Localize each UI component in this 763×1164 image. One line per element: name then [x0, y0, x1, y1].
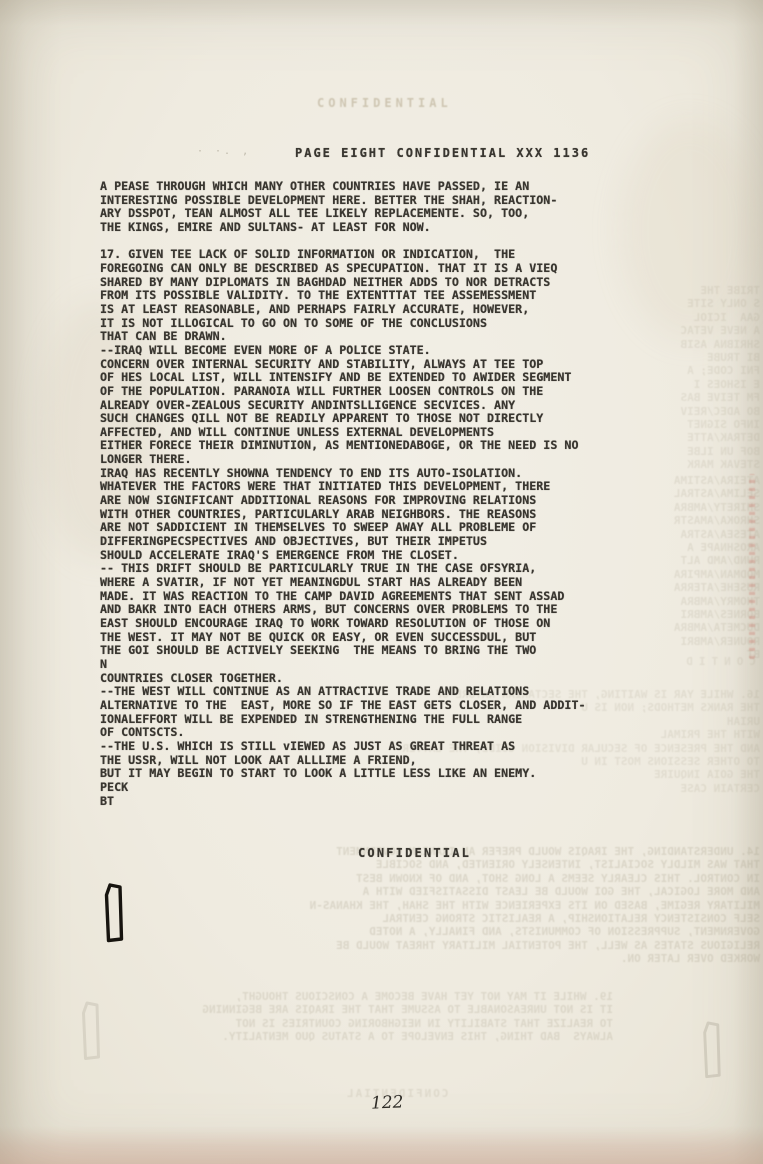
text-line: GOVERNMENT, SUPPRESSION OF COMMUNISTS, A…: [245, 925, 760, 938]
text-line: DETRAK/ATTE: [628, 431, 760, 444]
text-line: SELF CONSISTENCY RELATIONSHIP, A REALIST…: [245, 912, 760, 925]
text-line: --THE WEST WILL CONTINUE AS AN ATTRACTIV…: [100, 685, 640, 699]
text-line: A NEVE VETAC: [628, 324, 760, 337]
text-line: AFFECTED, AND WILL CONTINUE UNLESS EXTER…: [100, 426, 640, 440]
text-line: WHATEVER THE FACTORS WERE THAT INITIATED…: [100, 480, 640, 494]
text-line: IN CONTROL. THIS CLEARLY SEEMS A LONG SH…: [245, 872, 760, 885]
text-line: N: [100, 658, 640, 672]
text-line: THE KINGS, EMIRE AND SULTANS- AT LEAST F…: [100, 221, 640, 235]
text-line: AND MORE LOGICAL, THE GOI WOULD BE LEAST…: [245, 885, 760, 898]
text-line: THE WEST. IT MAY NOT BE QUICK OR EASY, O…: [100, 631, 640, 645]
text-line: GAA ICIOL: [628, 311, 760, 324]
footer-classification: CONFIDENTIAL: [358, 846, 471, 860]
text-line: ARE NOW SIGNIFICANT ADDITIONAL REASONS F…: [100, 494, 640, 508]
text-line: ALWAYS BAD THING, THIS ENVELOPE TO A STA…: [88, 1030, 613, 1043]
confidential-stamp-faint-top: CONFIDENTIAL: [317, 96, 452, 110]
text-line: FM TEIVE BAS: [628, 391, 760, 404]
text-line: OF HES LOCAL LIST, WILL INTENSIFY AND BE…: [100, 371, 640, 385]
bleed-through-block-e: 19. WHILE IT MAY NOT YET HAVE BECOME A C…: [88, 990, 613, 1044]
text-line: BOF UN ILBE: [628, 445, 760, 458]
text-line: INFO SIGNET: [628, 418, 760, 431]
text-line: CONCERN OVER INTERNAL SECURITY AND STABI…: [100, 358, 640, 372]
text-line: TO REALIZE THAT STABILITY IN NEIGHBORING…: [88, 1017, 613, 1030]
text-line: -- THIS DRIFT SHOULD BE PARTICULARLY TRU…: [100, 562, 640, 576]
text-line: FNI CODE; A: [628, 364, 760, 377]
text-line: BUT IT MAY BEGIN TO START TO LOOK A LITT…: [100, 767, 640, 781]
text-line: ALTERNATIVE TO THE EAST, MORE SO IF THE …: [100, 699, 640, 713]
text-line: 14. UNDERSTANDING, THE IRAQIS WOULD PREF…: [245, 845, 760, 858]
text-line: E ISHOES I: [628, 378, 760, 391]
scanned-document-page: CONFIDENTIAL · ·. , PAGE EIGHT CONFIDENT…: [0, 0, 763, 1164]
text-line: THE USSR, WILL NOT LOOK AAT ALLLIME A FR…: [100, 754, 640, 768]
text-line: EITHER FORECE THEIR DIMINUTION, AS MENTI…: [100, 439, 640, 453]
punch-mark-dark: [99, 882, 127, 946]
text-line: SUCH CHANGES QILL NOT BE READILY APPAREN…: [100, 412, 640, 426]
typed-body-text: A PEASE THROUGH WHICH MANY OTHER COUNTRI…: [100, 180, 640, 808]
text-line: IS AT LEAST REASONABLE, AND PERHAPS FAIR…: [100, 303, 640, 317]
text-line: 19. WHILE IT MAY NOT YET HAVE BECOME A C…: [88, 990, 613, 1003]
text-line: IT IS NOT UNREASONABLE TO ASSUME THAT TH…: [88, 1003, 613, 1016]
bleed-through-block-d: 14. UNDERSTANDING, THE IRAQIS WOULD PREF…: [245, 845, 760, 966]
text-line: COUNTRIES CLOSER TOGETHER.: [100, 672, 640, 686]
text-line: INTERESTING POSSIBLE DEVELOPMENT HERE. B…: [100, 194, 640, 208]
stray-marks: · ·. ,: [197, 146, 251, 157]
text-line: FROM ITS POSSIBLE VALIDITY. TO THE EXTEN…: [100, 289, 640, 303]
bleed-through-block-a: TRIBE THES ONLY SITEGAA ICIOLA NEVE VETA…: [628, 284, 760, 472]
text-line: WHERE A SVATIR, IF NOT YET MEANINGDUL ST…: [100, 576, 640, 590]
text-line: IRAQ HAS RECENTLY SHOWNA TENDENCY TO END…: [100, 467, 640, 481]
text-line: MADE. IT WAS REACTION TO THE CAMP DAVID …: [100, 590, 640, 604]
text-line: EAST SHOULD ENCOURAGE IRAQ TO WORK TOWAR…: [100, 617, 640, 631]
punch-mark-faint-right: [697, 1020, 725, 1082]
text-line: OF THE POPULATION. PARANOIA WILL FURTHER…: [100, 385, 640, 399]
text-line: ALREADY OVER-ZEALOUS SECURITY ANDINTSLLI…: [100, 399, 640, 413]
text-line: AND BAKR INTO EACH OTHERS ARMS, BUT CONC…: [100, 603, 640, 617]
text-line: WITH OTHER COUNTRIES, PARTICULARLY ARAB …: [100, 508, 640, 522]
text-line: RELIGIOUS STATES AS WELL, THE POTENTIAL …: [245, 939, 760, 952]
page-number: 122: [371, 1092, 404, 1113]
text-line: FOREGOING CAN ONLY BE DESCRIBED AS SPECU…: [100, 262, 640, 276]
text-line: MILITARY REGIME, BASED ON ITS EXPERIENCE…: [245, 899, 760, 912]
text-line: THAT WAS MILDLY SOCIALIST, INTENSELY ORI…: [245, 858, 760, 871]
text-line: OF CONTSCTS.: [100, 726, 640, 740]
text-line: BO ADEC/REIV: [628, 405, 760, 418]
text-line: BI TRUBE: [628, 351, 760, 364]
text-line: SHARED BY MANY DIPLOMATS IN BAGHDAD NEIT…: [100, 276, 640, 290]
text-line: --THE U.S. WHICH IS STILL vIEWED AS JUST…: [100, 740, 640, 754]
text-line: --IRAQ WILL BECOME EVEN MORE OF A POLICE…: [100, 344, 640, 358]
text-line: THAT CAN BE DRAWN.: [100, 330, 640, 344]
text-line: DIFFERINGPECSPECTIVES AND OBJECTIVES, BU…: [100, 535, 640, 549]
text-line: IT IS NOT ILLOGICAL TO GO ON TO SOME OF …: [100, 317, 640, 331]
text-line: IONALEFFORT WILL BE EXPENDED IN STRENGTH…: [100, 713, 640, 727]
punch-mark-faint-left: [76, 1000, 104, 1064]
margin-red-stamp-mark: [749, 474, 755, 659]
text-line: BT: [100, 795, 640, 809]
text-line: ARY DSSPOT, TEAN ALMOST ALL TEE LIKELY R…: [100, 207, 640, 221]
text-line: LONGER THERE.: [100, 453, 640, 467]
text-line: PECK: [100, 781, 640, 795]
text-line: [100, 235, 640, 249]
text-line: TRIBE THE: [628, 284, 760, 297]
page-header-line: PAGE EIGHT CONFIDENTIAL XXX 1136: [295, 146, 590, 160]
text-line: WORKED OVER LATER ON.: [245, 952, 760, 965]
text-line: S ONLY SITE: [628, 297, 760, 310]
text-line: STEVAK MARK: [628, 458, 760, 471]
text-line: A PEASE THROUGH WHICH MANY OTHER COUNTRI…: [100, 180, 640, 194]
text-line: SHRIBNA ASIB: [628, 338, 760, 351]
text-line: THE GOI SHOULD BE ACTIVELY SEEKING THE M…: [100, 644, 640, 658]
text-line: 17. GIVEN TEE LACK OF SOLID INFORMATION …: [100, 248, 640, 262]
text-line: ARE NOT SADDICIENT IN THEMSELVES TO SWEE…: [100, 521, 640, 535]
text-line: SHOULD ACCELERATE IRAQ'S EMERGENCE FROM …: [100, 549, 640, 563]
